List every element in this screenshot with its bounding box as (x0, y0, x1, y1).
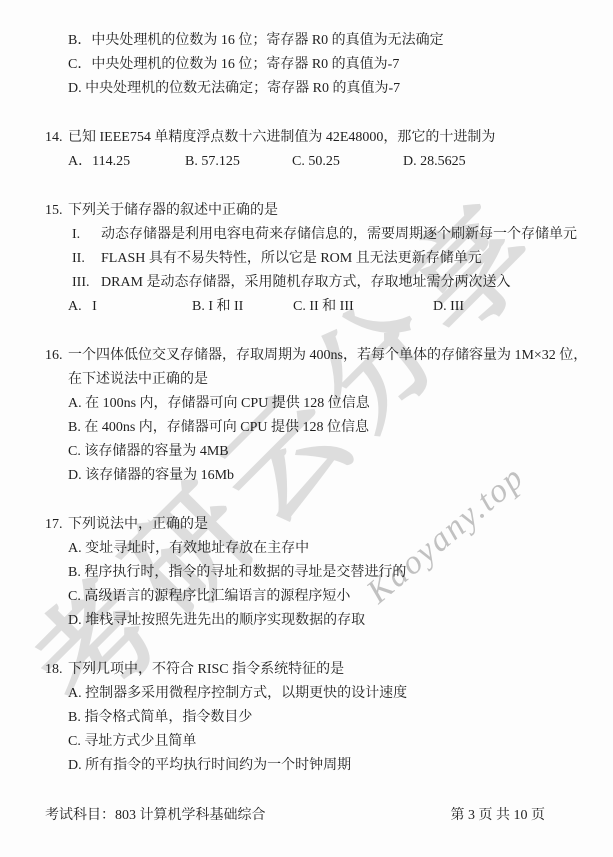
statement-label: II. (72, 247, 101, 271)
option-cell: B. I 和 II (192, 295, 293, 319)
statement-text: FLASH 具有不易失特性，所以它是 ROM 且无法更新存储单元 (101, 247, 482, 271)
statement-text: 动态存储器是利用电容电荷来存储信息的，需要周期逐个刷新每一个存储单元 (101, 223, 577, 247)
question-line: 14.已知 IEEE754 单精度浮点数十六进制值为 42E48000，那它的十… (45, 126, 613, 150)
option-line: D. 所有指令的平均执行时间约为一个时钟周期 (45, 754, 613, 778)
option-line: C. 寻址方式少且简单 (45, 730, 613, 754)
option-line: B. 在 400ns 内，存储器可向 CPU 提供 128 位信息 (45, 416, 613, 440)
option-line: A. 变址寻址时，有效地址存放在主存中 (45, 537, 613, 561)
question-list: B．中央处理机的位数为 16 位；寄存器 R0 的真值为无法确定C．中央处理机的… (0, 0, 613, 778)
question-stem: 下列几项中，不符合 RISC 指令系统特征的是 (68, 658, 344, 682)
question-line: 15.下列关于储存器的叙述中正确的是 (45, 199, 613, 223)
page-indicator: 第 3 页 共 10 页 (451, 806, 546, 826)
option-line: C. 该存储器的容量为 4MB (45, 440, 613, 464)
question-line: 18.下列几项中，不符合 RISC 指令系统特征的是 (45, 658, 613, 682)
question-block: 18.下列几项中，不符合 RISC 指令系统特征的是A. 控制器多采用微程序控制… (45, 658, 613, 778)
question-stem: 已知 IEEE754 单精度浮点数十六进制值为 42E48000，那它的十进制为 (68, 126, 495, 150)
option-line: D. 堆栈寻址按照先进先出的顺序实现数据的存取 (45, 609, 613, 633)
carryover-options-block: B．中央处理机的位数为 16 位；寄存器 R0 的真值为无法确定C．中央处理机的… (45, 29, 613, 101)
option-line: C. 高级语言的源程序比汇编语言的源程序短小 (45, 585, 613, 609)
option-cell: A. I (68, 295, 192, 319)
option-cell: C. II 和 III (293, 295, 433, 319)
statement-text: DRAM 是动态存储器，采用随机存取方式，存取地址需分两次送入 (101, 271, 511, 295)
options-row: A．114.25B. 57.125C. 50.25D. 28.5625 (68, 150, 613, 174)
question-stem: 一个四体低位交叉存储器，存取周期为 400ns，若每个单体的存储容量为 1M×3… (68, 344, 587, 392)
option-cell: D. 28.5625 (403, 150, 613, 174)
statement-item: III.DRAM 是动态存储器，采用随机存取方式，存取地址需分两次送入 (45, 271, 613, 295)
question-block: 14.已知 IEEE754 单精度浮点数十六进制值为 42E48000，那它的十… (45, 126, 613, 174)
question-line: 16.一个四体低位交叉存储器，存取周期为 400ns，若每个单体的存储容量为 1… (45, 344, 613, 392)
option-cell: C. 50.25 (292, 150, 403, 174)
option-line: C．中央处理机的位数为 16 位；寄存器 R0 的真值为-7 (45, 53, 613, 77)
question-number: 15. (45, 199, 68, 223)
option-line: B. 指令格式简单，指令数目少 (45, 706, 613, 730)
question-stem: 下列关于储存器的叙述中正确的是 (68, 199, 278, 223)
question-block: 16.一个四体低位交叉存储器，存取周期为 400ns，若每个单体的存储容量为 1… (45, 344, 613, 488)
question-number: 17. (45, 513, 68, 537)
option-line: A. 控制器多采用微程序控制方式，以期更快的设计速度 (45, 682, 613, 706)
option-line: D. 中央处理机的位数无法确定；寄存器 R0 的真值为-7 (45, 77, 613, 101)
question-block: 15.下列关于储存器的叙述中正确的是I.动态存储器是利用电容电荷来存储信息的，需… (45, 199, 613, 319)
option-cell: B. 57.125 (185, 150, 292, 174)
option-line: D. 该存储器的容量为 16Mb (45, 464, 613, 488)
question-number: 14. (45, 126, 68, 150)
exam-paper-page: 考研云分享 Kaoyany.top B．中央处理机的位数为 16 位；寄存器 R… (0, 0, 613, 857)
option-cell: A．114.25 (68, 150, 185, 174)
question-number: 18. (45, 658, 68, 682)
option-line: B．中央处理机的位数为 16 位；寄存器 R0 的真值为无法确定 (45, 29, 613, 53)
statement-item: II.FLASH 具有不易失特性，所以它是 ROM 且无法更新存储单元 (45, 247, 613, 271)
question-stem: 下列说法中，正确的是 (68, 513, 208, 537)
exam-subject: 考试科目：803 计算机学科基础综合 (45, 806, 266, 826)
options-row: A. IB. I 和 IIC. II 和 IIID. III (68, 295, 613, 319)
question-block: 17.下列说法中，正确的是A. 变址寻址时，有效地址存放在主存中B. 程序执行时… (45, 513, 613, 633)
option-line: B. 程序执行时，指令的寻址和数据的寻址是交替进行的 (45, 561, 613, 585)
question-number: 16. (45, 344, 68, 392)
option-line: A. 在 100ns 内，存储器可向 CPU 提供 128 位信息 (45, 392, 613, 416)
statement-item: I.动态存储器是利用电容电荷来存储信息的，需要周期逐个刷新每一个存储单元 (45, 223, 613, 247)
page-footer: 考试科目：803 计算机学科基础综合 第 3 页 共 10 页 (45, 806, 545, 826)
question-line: 17.下列说法中，正确的是 (45, 513, 613, 537)
statement-label: III. (72, 271, 101, 295)
statement-label: I. (72, 223, 101, 247)
option-cell: D. III (433, 295, 613, 319)
